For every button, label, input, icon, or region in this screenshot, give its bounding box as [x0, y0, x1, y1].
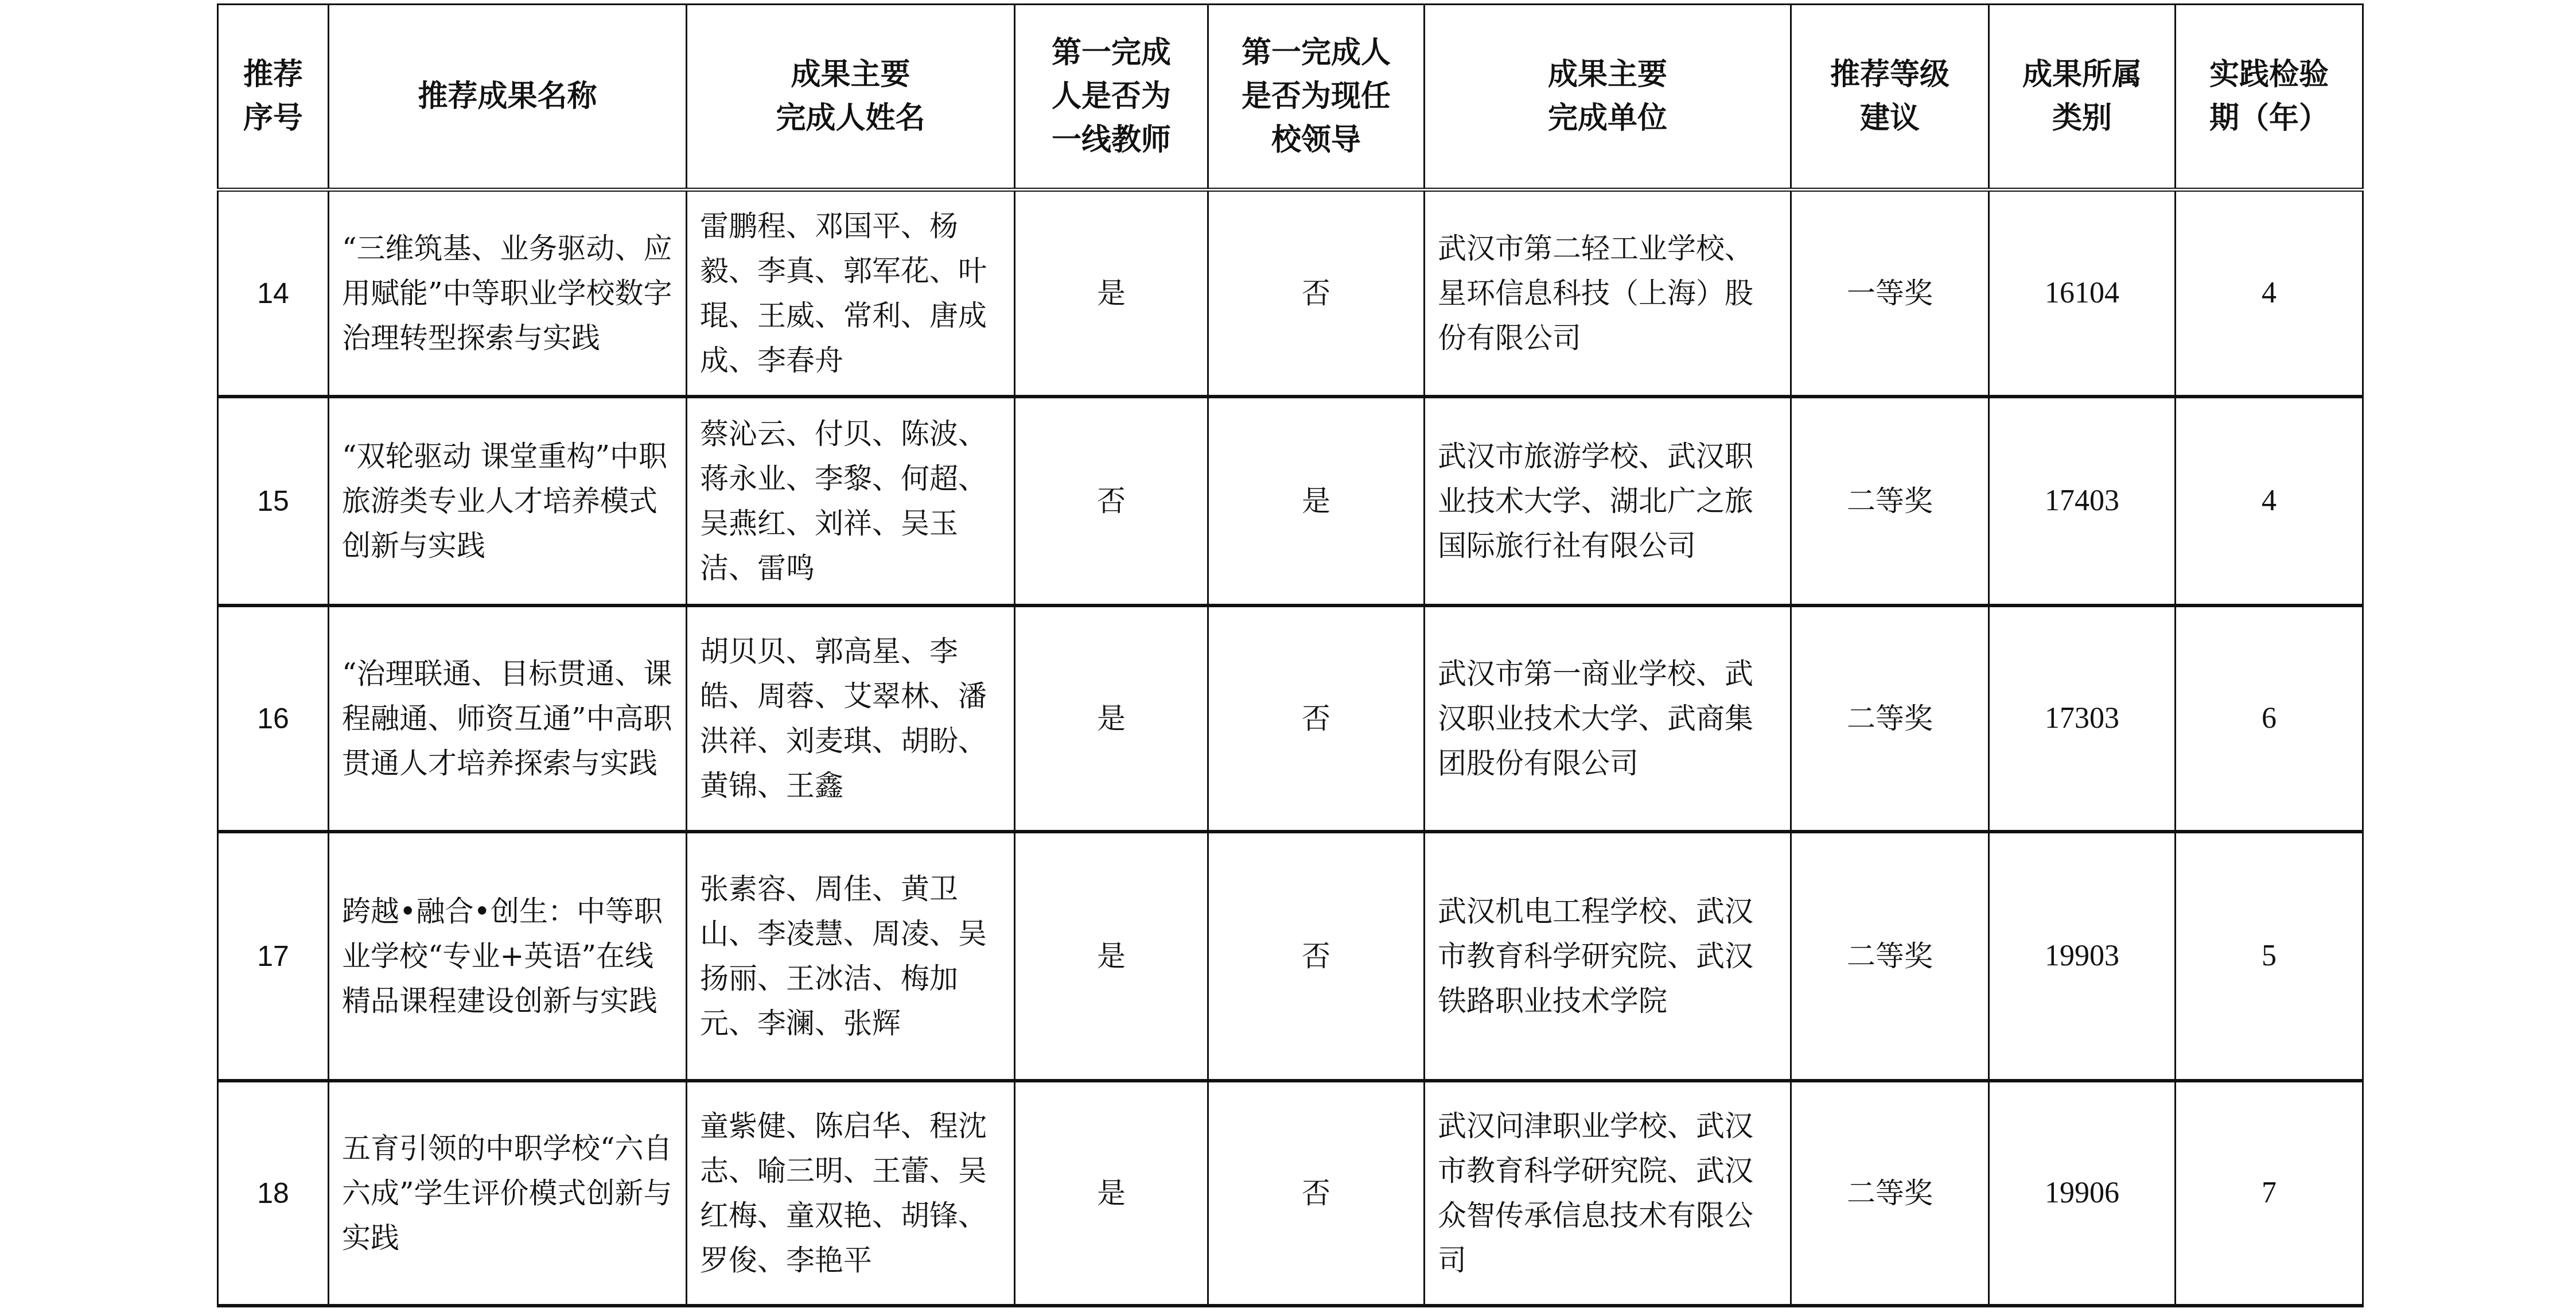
- table-row: 16 “治理联通、目标贯通、课程融通、师资互通”中高职贯通人才培养探索与实践 胡…: [218, 605, 2363, 832]
- cell-authors: 蔡沁云、付贝、陈波、蒋永业、李黎、何超、吴燕红、刘祥、吴玉洁、雷鸣: [687, 397, 1015, 605]
- cell-period: 7: [2176, 1081, 2363, 1306]
- cell-units: 武汉机电工程学校、武汉市教育科学研究院、武汉铁路职业技术学院: [1425, 832, 1791, 1081]
- cell-authors: 雷鹏程、邓国平、杨毅、李真、郭军花、叶琨、王威、常利、唐成成、李春舟: [687, 190, 1015, 397]
- cell-title: “三维筑基、业务驱动、应用赋能”中等职业学校数字治理转型探索与实践: [329, 190, 687, 397]
- cell-grade: 二等奖: [1791, 397, 1989, 605]
- header-title: 推荐成果名称: [329, 5, 687, 190]
- cell-seq: 16: [218, 605, 329, 832]
- table-row: 17 跨越•融合•创生：中等职业学校“专业+英语”在线精品课程建设创新与实践 张…: [218, 832, 2363, 1081]
- cell-title: “治理联通、目标贯通、课程融通、师资互通”中高职贯通人才培养探索与实践: [329, 605, 687, 832]
- cell-units: 武汉问津职业学校、武汉市教育科学研究院、武汉众智传承信息技术有限公司: [1425, 1081, 1791, 1306]
- table-row: 18 五育引领的中职学校“六自六成”学生评价模式创新与实践 童紫健、陈启华、程沈…: [218, 1081, 2363, 1306]
- cell-is-leader: 否: [1208, 605, 1425, 832]
- cell-grade: 二等奖: [1791, 605, 1989, 832]
- header-period: 实践检验 期（年）: [2176, 5, 2363, 190]
- cell-is-leader: 否: [1208, 190, 1425, 397]
- cell-period: 5: [2176, 832, 2363, 1081]
- cell-seq: 18: [218, 1081, 329, 1306]
- cell-grade: 二等奖: [1791, 1081, 1989, 1306]
- cell-title: 五育引领的中职学校“六自六成”学生评价模式创新与实践: [329, 1081, 687, 1306]
- cell-is-leader: 是: [1208, 397, 1425, 605]
- header-is-teacher: 第一完成 人是否为 一线教师: [1015, 5, 1208, 190]
- cell-period: 4: [2176, 190, 2363, 397]
- header-units: 成果主要 完成单位: [1425, 5, 1791, 190]
- cell-grade: 二等奖: [1791, 832, 1989, 1081]
- cell-period: 6: [2176, 605, 2363, 832]
- header-seq: 推荐 序号: [218, 5, 329, 190]
- cell-seq: 15: [218, 397, 329, 605]
- cell-category: 17403: [1989, 397, 2176, 605]
- cell-units: 武汉市旅游学校、武汉职业技术大学、湖北广之旅国际旅行社有限公司: [1425, 397, 1791, 605]
- cell-is-teacher: 是: [1015, 832, 1208, 1081]
- cell-seq: 17: [218, 832, 329, 1081]
- cell-is-teacher: 是: [1015, 605, 1208, 832]
- header-authors: 成果主要 完成人姓名: [687, 5, 1015, 190]
- header-grade: 推荐等级 建议: [1791, 5, 1989, 190]
- cell-is-teacher: 否: [1015, 397, 1208, 605]
- cell-seq: 14: [218, 190, 329, 397]
- table-row: 15 “双轮驱动 课堂重构”中职旅游类专业人才培养模式创新与实践 蔡沁云、付贝、…: [218, 397, 2363, 605]
- cell-category: 16104: [1989, 190, 2176, 397]
- cell-units: 武汉市第二轻工业学校、星环信息科技（上海）股份有限公司: [1425, 190, 1791, 397]
- cell-period: 4: [2176, 397, 2363, 605]
- cell-is-teacher: 是: [1015, 190, 1208, 397]
- table-header-row: 推荐 序号 推荐成果名称 成果主要 完成人姓名 第一完成 人是否为 一线教师 第…: [218, 5, 2363, 190]
- header-is-leader: 第一完成人 是否为现任 校领导: [1208, 5, 1425, 190]
- table-row: 14 “三维筑基、业务驱动、应用赋能”中等职业学校数字治理转型探索与实践 雷鹏程…: [218, 190, 2363, 397]
- cell-category: 17303: [1989, 605, 2176, 832]
- cell-authors: 童紫健、陈启华、程沈志、喻三明、王蕾、吴红梅、童双艳、胡锋、罗俊、李艳平: [687, 1081, 1015, 1306]
- cell-grade: 一等奖: [1791, 190, 1989, 397]
- cell-category: 19906: [1989, 1081, 2176, 1306]
- cell-is-leader: 否: [1208, 832, 1425, 1081]
- cell-is-leader: 否: [1208, 1081, 1425, 1306]
- cell-authors: 胡贝贝、郭高星、李皓、周蓉、艾翠林、潘洪祥、刘麦琪、胡盼、黄锦、王鑫: [687, 605, 1015, 832]
- cell-is-teacher: 是: [1015, 1081, 1208, 1306]
- cell-title: 跨越•融合•创生：中等职业学校“专业+英语”在线精品课程建设创新与实践: [329, 832, 687, 1081]
- recommendation-table: 推荐 序号 推荐成果名称 成果主要 完成人姓名 第一完成 人是否为 一线教师 第…: [217, 3, 2364, 1307]
- header-category: 成果所属 类别: [1989, 5, 2176, 190]
- cell-authors: 张素容、周佳、黄卫山、李凌慧、周凌、吴扬丽、王冰洁、梅加元、李澜、张辉: [687, 832, 1015, 1081]
- cell-units: 武汉市第一商业学校、武汉职业技术大学、武商集团股份有限公司: [1425, 605, 1791, 832]
- cell-title: “双轮驱动 课堂重构”中职旅游类专业人才培养模式创新与实践: [329, 397, 687, 605]
- cell-category: 19903: [1989, 832, 2176, 1081]
